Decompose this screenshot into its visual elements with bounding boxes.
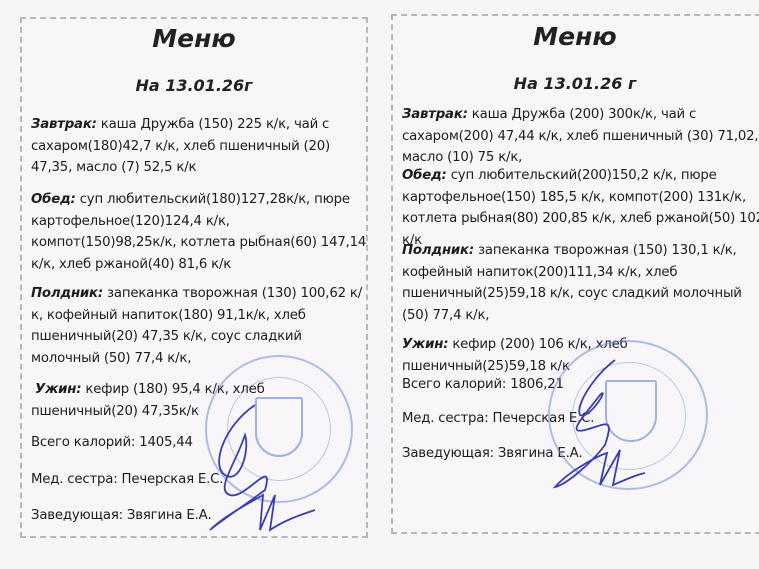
meal-breakfast: Завтрак: каша Дружба (150) 225 к/к, чай … <box>31 114 367 179</box>
meal-snack: Полдник: запеканка творожная (150) 130,1… <box>402 240 759 326</box>
meal-lunch: Обед: суп любительский(180)127,28к/к, пю… <box>31 189 367 275</box>
meal-text: суп любительский(180)127,28к/к, пюре кар… <box>31 192 366 272</box>
menu-title: Меню <box>381 22 759 51</box>
head-signature-line: Заведующая: Звягина Е.А. <box>31 505 367 527</box>
menu-date: На 13.01.26 г <box>381 74 759 93</box>
meal-lunch: Обед: суп любительский(200)150,2 к/к, пю… <box>402 165 759 251</box>
meal-text: суп любительский(200)150,2 к/к, пюре кар… <box>402 168 759 248</box>
menu-date: На 13.01.26г <box>22 76 366 95</box>
meal-label: Ужин: <box>402 337 448 352</box>
coat-of-arms-icon <box>255 397 303 457</box>
meal-label: Ужин: <box>35 382 81 397</box>
meal-label: Полдник: <box>31 286 103 301</box>
meal-snack: Полдник: запеканка творожная (130) 100,6… <box>31 283 367 369</box>
meal-breakfast: Завтрак: каша Дружба (200) 300к/к, чай с… <box>402 104 759 169</box>
official-stamp-icon <box>205 355 353 503</box>
meal-label: Полдник: <box>402 243 474 258</box>
meal-label: Завтрак: <box>31 117 97 132</box>
coat-of-arms-icon <box>605 380 657 442</box>
official-stamp-icon <box>548 340 708 490</box>
menu-title: Меню <box>22 24 366 53</box>
meal-label: Обед: <box>402 168 447 183</box>
meal-label: Обед: <box>31 192 76 207</box>
meal-label: Завтрак: <box>402 107 468 122</box>
